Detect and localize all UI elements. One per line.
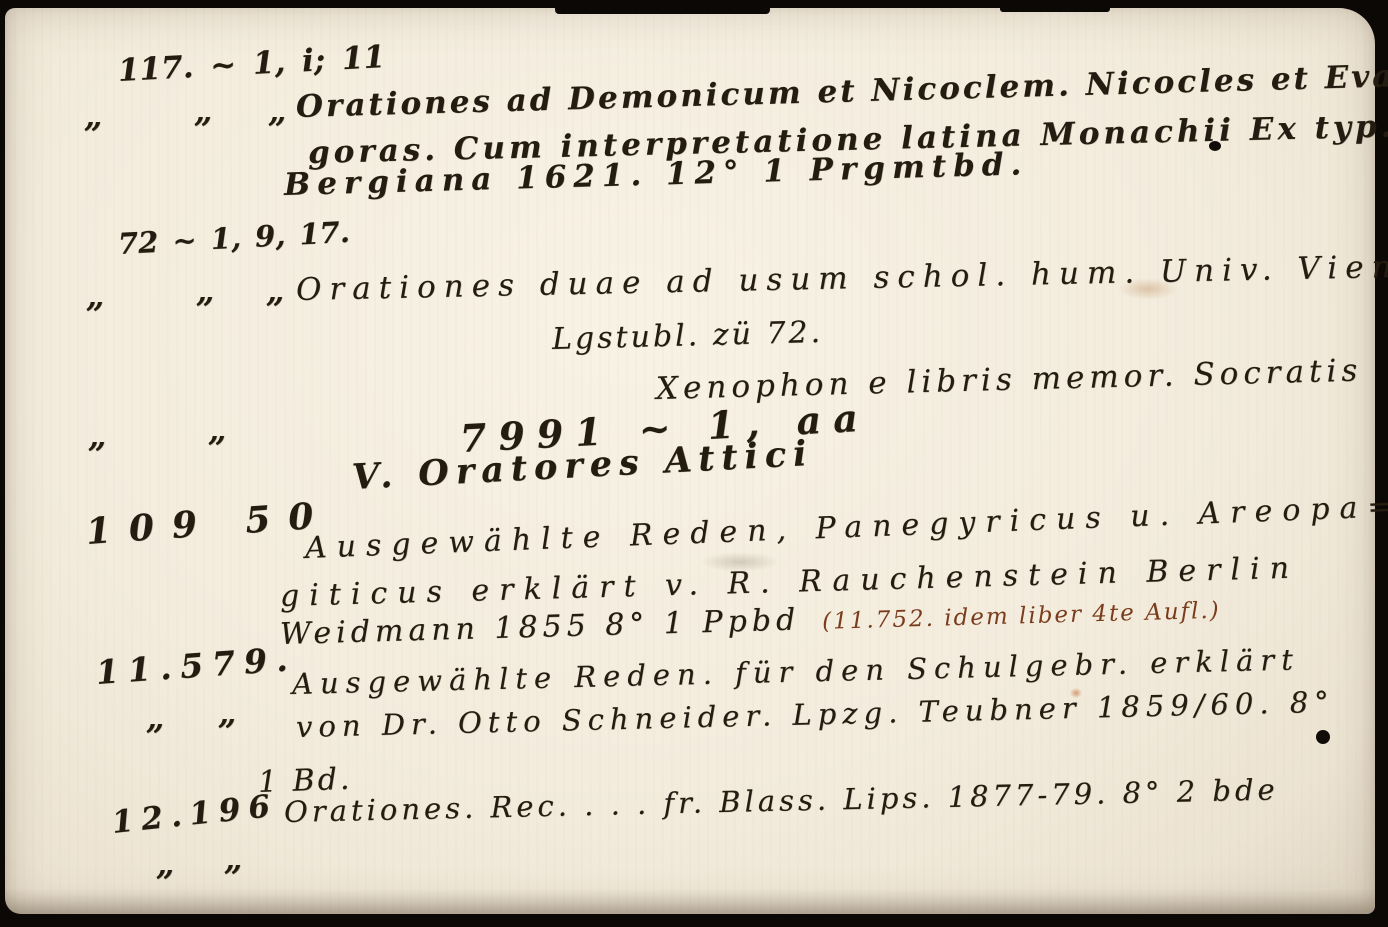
- ditto-mark: „: [196, 275, 214, 307]
- ditto-mark: „: [88, 420, 106, 452]
- ditto-mark: „: [84, 100, 102, 132]
- paper-stain: [700, 552, 780, 572]
- scan-edge-notch: [555, 8, 770, 14]
- paper-stain: [1070, 688, 1082, 698]
- ditto-mark: „: [194, 95, 212, 127]
- ditto-mark: „: [86, 280, 104, 312]
- ditto-mark: „: [268, 95, 286, 127]
- ditto-mark: „: [218, 697, 236, 729]
- ink-blot: [1316, 730, 1330, 744]
- scan-background: 117. ~ 1, i; 11 „ „ „ Orationes ad Demon…: [0, 0, 1388, 927]
- scan-edge-notch: [1000, 8, 1110, 12]
- paper-bottom-shadow: [5, 888, 1375, 914]
- paper-stain: [1118, 278, 1178, 300]
- ditto-mark: „: [266, 275, 284, 307]
- ditto-mark: „: [224, 843, 242, 875]
- ink-blot: [1209, 141, 1221, 151]
- ditto-mark: „: [156, 848, 174, 880]
- entry2-title-line2: Lgstubl. zü 72.: [552, 318, 824, 355]
- ditto-mark: „: [146, 702, 164, 734]
- ditto-mark: „: [208, 414, 226, 446]
